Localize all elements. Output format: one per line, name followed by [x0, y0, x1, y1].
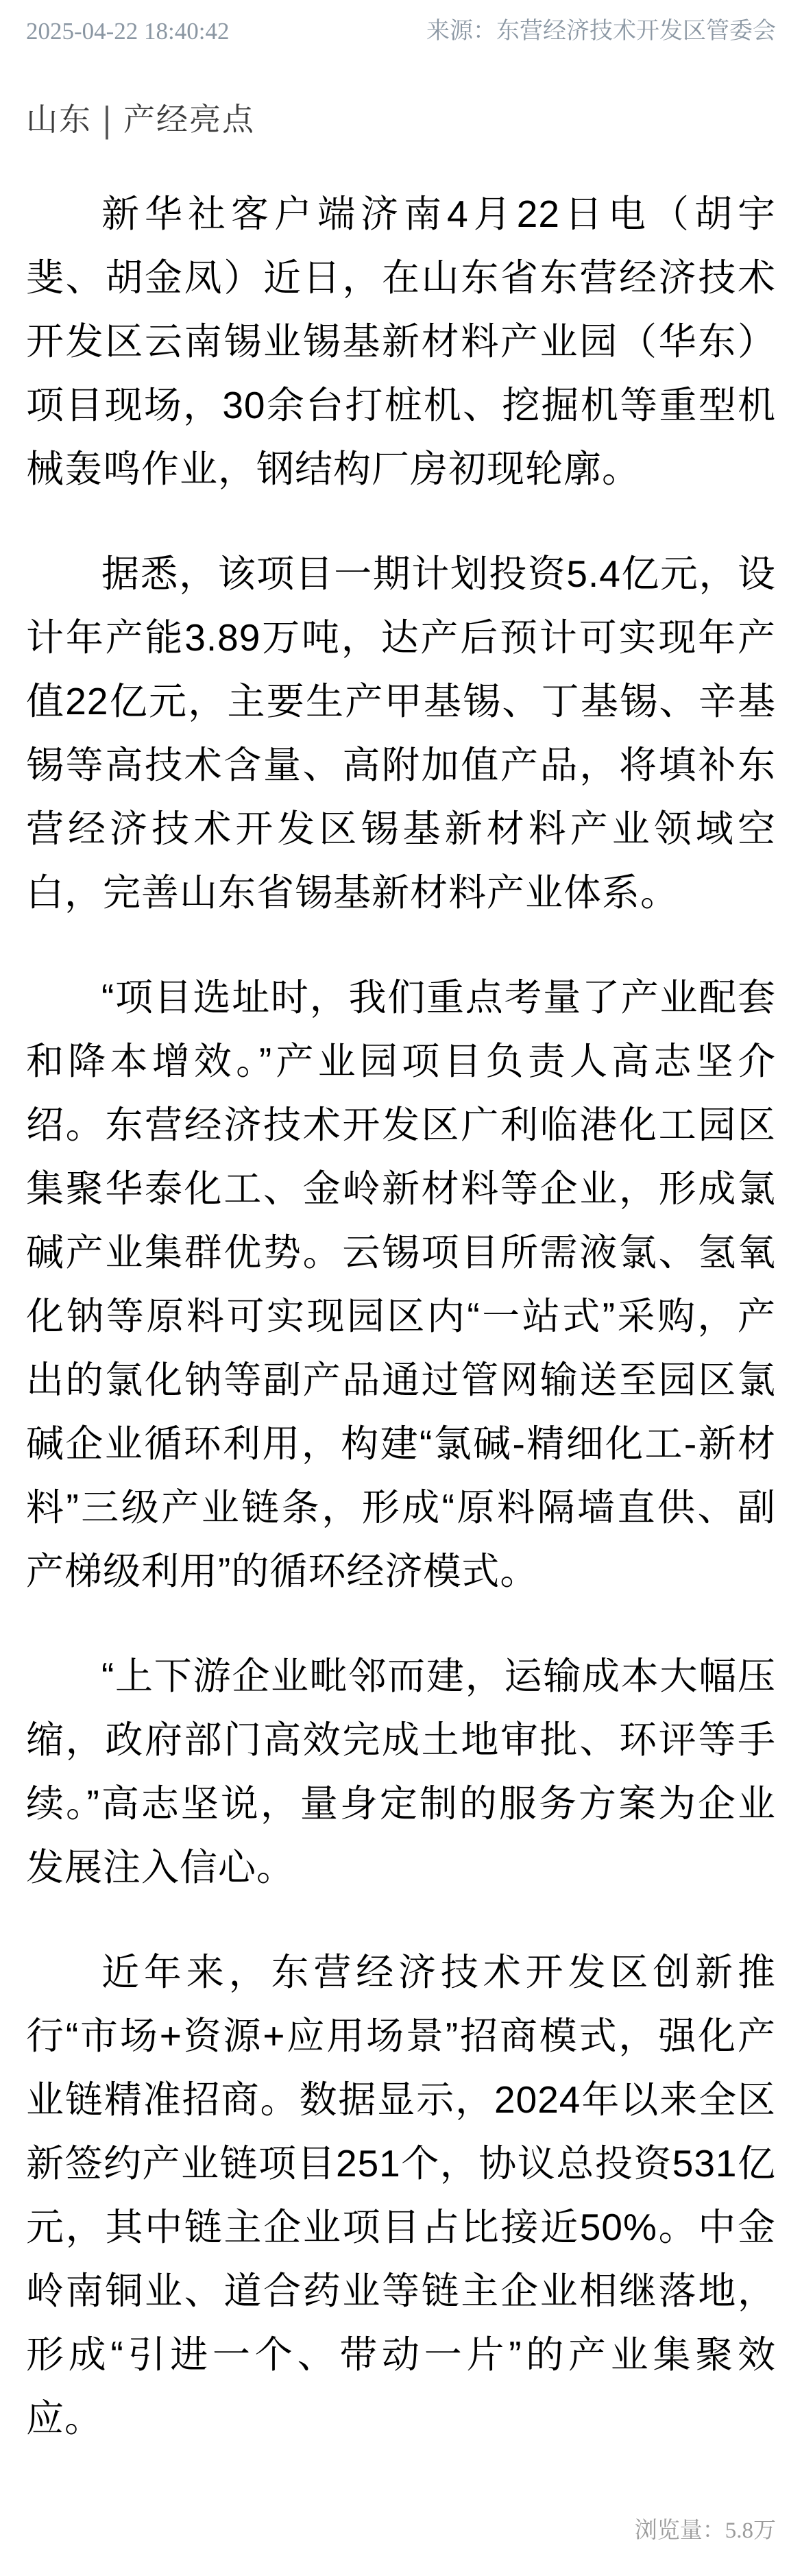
category-tagline: 山东|产经亮点 — [26, 101, 776, 138]
article-paragraph-2: 据悉，该项目一期计划投资5.4亿元，设计年产能3.89万吨，达产后预计可实现年产… — [26, 542, 776, 925]
publish-timestamp: 2025-04-22 18:40:42 — [26, 19, 230, 45]
category-separator: | — [92, 98, 123, 141]
article-meta: 2025-04-22 18:40:42 来源：东营经济技术开发区管委会 — [26, 18, 776, 45]
article-page: 2025-04-22 18:40:42 来源：东营经济技术开发区管委会 山东|产… — [0, 0, 802, 2576]
view-count: 浏览量：5.8万 — [26, 2492, 776, 2544]
article-body: 新华社客户端济南4月22日电（胡宇斐、胡金凤）近日，在山东省东营经济技术开发区云… — [26, 182, 776, 2492]
category-topic: 产经亮点 — [123, 101, 255, 137]
article-paragraph-5: 近年来，东营经济技术开发区创新推行“市场+资源+应用场景”招商模式，强化产业链精… — [26, 1941, 776, 2451]
source-label: 来源：东营经济技术开发区管委会 — [426, 18, 776, 45]
article-paragraph-4: “上下游企业毗邻而建，运输成本大幅压缩，政府部门高效完成土地审批、环评等手续。”… — [26, 1644, 776, 1899]
article-paragraph-3: “项目选址时，我们重点考量了产业配套和降本增效。”产业园项目负责人高志坚介绍。东… — [26, 966, 776, 1603]
article-paragraph-1: 新华社客户端济南4月22日电（胡宇斐、胡金凤）近日，在山东省东营经济技术开发区云… — [26, 182, 776, 501]
category-region: 山东 — [26, 101, 92, 137]
